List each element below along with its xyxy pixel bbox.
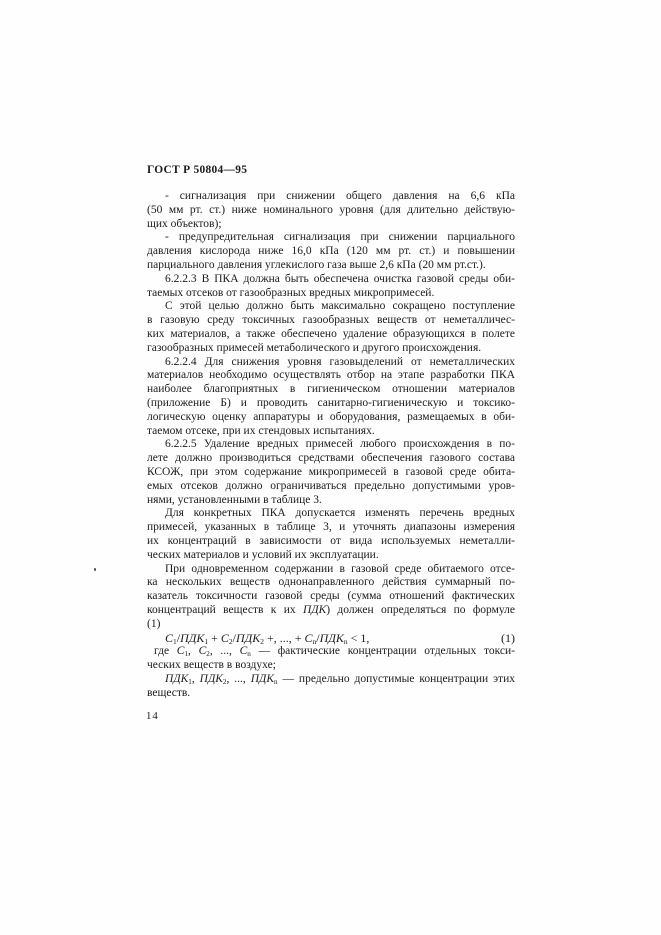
- text-line: казатель токсичности газовой среды (сумм…: [147, 590, 515, 604]
- text-line-content: (1): [147, 618, 160, 630]
- text-line-content: примесей, указанных в таблице 3, и уточн…: [147, 521, 515, 533]
- text-line: таемых отсеков от газообразных вредных м…: [147, 287, 515, 301]
- text-line-content: таемых отсеков от газообразных вредных м…: [147, 287, 434, 299]
- text-line-content: наиболее благоприятных в гигиеническом о…: [147, 383, 515, 395]
- text-line: С этой целью должно быть максимально сок…: [147, 300, 515, 314]
- text-line-content: давления кислорода ниже 16,0 кПа (120 мм…: [147, 245, 515, 257]
- text-line: При одновременном содержании в газовой с…: [147, 563, 515, 577]
- text-line-content: С этой целью должно быть максимально сок…: [165, 300, 515, 312]
- formula-number: (1): [501, 632, 515, 646]
- text-line-content: в газовую среду токсичных газообразных в…: [147, 314, 515, 326]
- standard-number-header: ГОСТ Р 50804—95: [147, 164, 247, 176]
- text-line-content: ческих веществ в воздухе;: [147, 659, 276, 671]
- text-line-content: (приложение Б) и проводить санитарно-гиг…: [147, 397, 515, 409]
- text-line-content: ка нескольких веществ однонаправленного …: [147, 576, 515, 588]
- text-line-content: - сигнализация при снижении общего давле…: [165, 190, 515, 202]
- text-line-content: концентраций веществ к их ПДК) должен оп…: [147, 604, 515, 616]
- text-line-content: 6.2.2.4 Для снижения уровня газовыделени…: [165, 356, 515, 368]
- text-line-content: 6.2.2.5 Удаление вредных примесей любого…: [165, 438, 515, 450]
- text-line-content: - предупредительная сигнализация при сни…: [165, 231, 515, 243]
- text-line-content: газообразных примесей метаболического и …: [147, 342, 481, 354]
- text-line: КСОЖ, при этом содержание микропримесей …: [147, 466, 515, 480]
- text-line-content: (50 мм рт. ст.) ниже номинального уровня…: [147, 204, 515, 216]
- text-line: емых отсеков должно ограничиваться преде…: [147, 480, 515, 494]
- text-line: 6.2.2.4 Для снижения уровня газовыделени…: [147, 356, 515, 370]
- text-line: ких материалов, а также обеспечено удале…: [147, 328, 515, 342]
- text-line: в газовую среду токсичных газообразных в…: [147, 314, 515, 328]
- text-line: (50 мм рт. ст.) ниже номинального уровня…: [147, 204, 515, 218]
- text-line: концентраций веществ к их ПДК) должен оп…: [147, 604, 515, 618]
- text-line-content: емых отсеков должно ограничиваться преде…: [147, 480, 515, 492]
- text-line: ческих материалов и условий их эксплуата…: [147, 549, 515, 563]
- text-line: где C1, C2, ..., Cn — фактические концен…: [147, 645, 515, 659]
- text-line: Для конкретных ПКА допускается изменять …: [147, 507, 515, 521]
- text-line-content: Для конкретных ПКА допускается изменять …: [165, 507, 515, 519]
- text-line: их концентраций в зависимости от вида ис…: [147, 535, 515, 549]
- text-line-content: ческих материалов и условий их эксплуата…: [147, 549, 379, 561]
- text-line-content: их концентраций в зависимости от вида ис…: [147, 535, 515, 547]
- text-line: наиболее благоприятных в гигиеническом о…: [147, 383, 515, 397]
- text-line-content: таемом отсеке, при их стендовых испытани…: [147, 425, 375, 437]
- text-line-content: где C1, C2, ..., Cn — фактические концен…: [154, 645, 515, 657]
- formula-expression: C1/ПДК1 + C2/ПДК2 +, ..., + Cn/ПДКn < 1,: [165, 632, 369, 646]
- text-line-content: 6.2.2.3 В ПКА должна быть обеспечена очи…: [165, 273, 515, 285]
- text-line: щих объектов);: [147, 218, 515, 232]
- text-line: веществ.: [147, 687, 515, 701]
- text-line-content: казатель токсичности газовой среды (сумм…: [147, 590, 515, 602]
- scan-speck: [366, 655, 368, 657]
- text-line-content: логическую оценку аппаратуры и оборудова…: [147, 411, 515, 423]
- text-line: 6.2.2.3 В ПКА должна быть обеспечена очи…: [147, 273, 515, 287]
- text-line: примесей, указанных в таблице 3, и уточн…: [147, 521, 515, 535]
- text-line: логическую оценку аппаратуры и оборудова…: [147, 411, 515, 425]
- text-line: - предупредительная сигнализация при сни…: [147, 231, 515, 245]
- text-line: давления кислорода ниже 16,0 кПа (120 мм…: [147, 245, 515, 259]
- text-line: ПДК1, ПДК2, ..., ПДКn — предельно допуст…: [147, 673, 515, 687]
- text-line: ка нескольких веществ однонаправленного …: [147, 576, 515, 590]
- text-line-content: нями, установленными в таблице 3.: [147, 494, 322, 506]
- body-text-block: - сигнализация при снижении общего давле…: [147, 190, 515, 700]
- text-line: нями, установленными в таблице 3.: [147, 494, 515, 508]
- text-line: ческих веществ в воздухе;: [147, 659, 515, 673]
- text-line-content: При одновременном содержании в газовой с…: [165, 563, 515, 575]
- text-line-content: веществ.: [147, 687, 190, 699]
- text-line: таемом отсеке, при их стендовых испытани…: [147, 425, 515, 439]
- text-line-content: материалов необходимо осуществлять отбор…: [147, 369, 515, 381]
- text-line-content: парциального давления углекислого газа в…: [147, 259, 486, 271]
- document-page: ГОСТ Р 50804—95 - сигнализация при сниже…: [0, 0, 661, 935]
- text-line-content: КСОЖ, при этом содержание микропримесей …: [147, 466, 515, 478]
- text-line: парциального давления углекислого газа в…: [147, 259, 515, 273]
- page-number: 14: [146, 710, 159, 722]
- text-line: лете должно производиться средствами обе…: [147, 452, 515, 466]
- text-line: - сигнализация при снижении общего давле…: [147, 190, 515, 204]
- text-line: (1): [147, 618, 515, 632]
- text-line: газообразных примесей метаболического и …: [147, 342, 515, 356]
- text-line: 6.2.2.5 Удаление вредных примесей любого…: [147, 438, 515, 452]
- text-line-content: ПДК1, ПДК2, ..., ПДКn — предельно допуст…: [165, 673, 515, 685]
- scan-speck: [94, 568, 96, 571]
- text-line: (приложение Б) и проводить санитарно-гиг…: [147, 397, 515, 411]
- text-line-content: лете должно производиться средствами обе…: [147, 452, 515, 464]
- text-line-content: щих объектов);: [147, 218, 222, 230]
- text-line-content: ких материалов, а также обеспечено удале…: [147, 328, 515, 340]
- text-line: материалов необходимо осуществлять отбор…: [147, 369, 515, 383]
- formula-line: C1/ПДК1 + C2/ПДК2 +, ..., + Cn/ПДКn < 1,…: [147, 632, 515, 646]
